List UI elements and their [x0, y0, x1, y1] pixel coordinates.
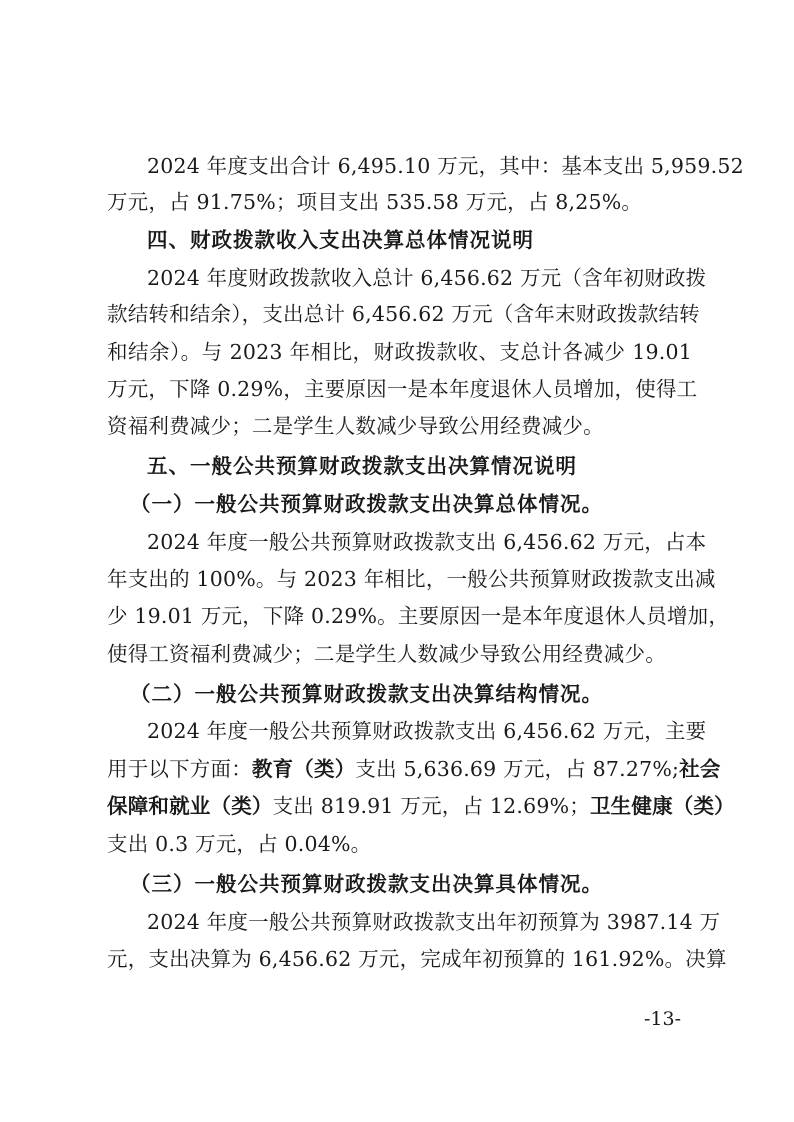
subsection-heading: （二）一般公共预算财政拨款支出决算结构情况。	[130, 680, 715, 708]
paragraph-text: 2024 年度支出合计 6,495.10 万元，其中：基本支出 5,959.52	[147, 152, 692, 180]
category-health: 卫生健康（类）	[590, 794, 735, 818]
paragraph-text: 元，支出决算为 6,456.62 万元，完成年初预算的 161.92%。决算	[107, 945, 692, 973]
paragraph-text: 支出 0.3 万元，占 0.04%。	[107, 830, 692, 858]
paragraph-text: 年支出的 100%。与 2023 年相比，一般公共预算财政拨款支出减	[107, 565, 692, 593]
paragraph-text: 和结余）。与 2023 年相比，财政拨款收、支总计各减少 19.01	[107, 338, 692, 366]
paragraph-text: 万元，下降 0.29%，主要原因一是本年度退休人员增加，使得工	[107, 375, 692, 403]
category-education: 教育（类）	[252, 757, 356, 781]
paragraph-text: 用于以下方面：教育（类）支出 5,636.69 万元，占 87.27%;社会	[107, 755, 692, 783]
paragraph-text: 资福利费减少；二是学生人数减少导致公用经费减少。	[107, 412, 692, 440]
category-social-security: 保障和就业（类）	[107, 794, 273, 818]
paragraph-text: 少 19.01 万元，下降 0.29%。主要原因一是本年度退休人员增加，	[107, 602, 692, 630]
subsection-heading: （一）一般公共预算财政拨款支出决算总体情况。	[130, 490, 715, 518]
paragraph-text: 使得工资福利费减少；二是学生人数减少导致公用经费减少。	[107, 640, 692, 668]
paragraph-text: 2024 年度财政拨款收入总计 6,456.62 万元（含年初财政拨	[147, 264, 692, 292]
paragraph-text: 2024 年度一般公共预算财政拨款支出 6,456.62 万元，占本	[147, 528, 692, 556]
section-heading: 四、财政拨款收入支出决算总体情况说明	[147, 226, 732, 254]
paragraph-text: 保障和就业（类）支出 819.91 万元，占 12.69%；卫生健康（类）	[107, 792, 692, 820]
paragraph-text: 2024 年度一般公共预算财政拨款支出年初预算为 3987.14 万	[147, 908, 692, 936]
paragraph-text: 万元，占 91.75%；项目支出 535.58 万元，占 8,25%。	[107, 188, 692, 216]
category-social-security: 社会	[679, 757, 720, 781]
page-number: -13-	[644, 1008, 681, 1030]
document-page: 2024 年度支出合计 6,495.10 万元，其中：基本支出 5,959.52…	[0, 0, 794, 1122]
paragraph-text: 2024 年度一般公共预算财政拨款支出 6,456.62 万元，主要	[147, 717, 692, 745]
paragraph-text: 款结转和结余），支出总计 6,456.62 万元（含年末财政拨款结转	[107, 300, 692, 328]
section-heading: 五、一般公共预算财政拨款支出决算情况说明	[147, 452, 732, 480]
subsection-heading: （三）一般公共预算财政拨款支出决算具体情况。	[130, 870, 715, 898]
